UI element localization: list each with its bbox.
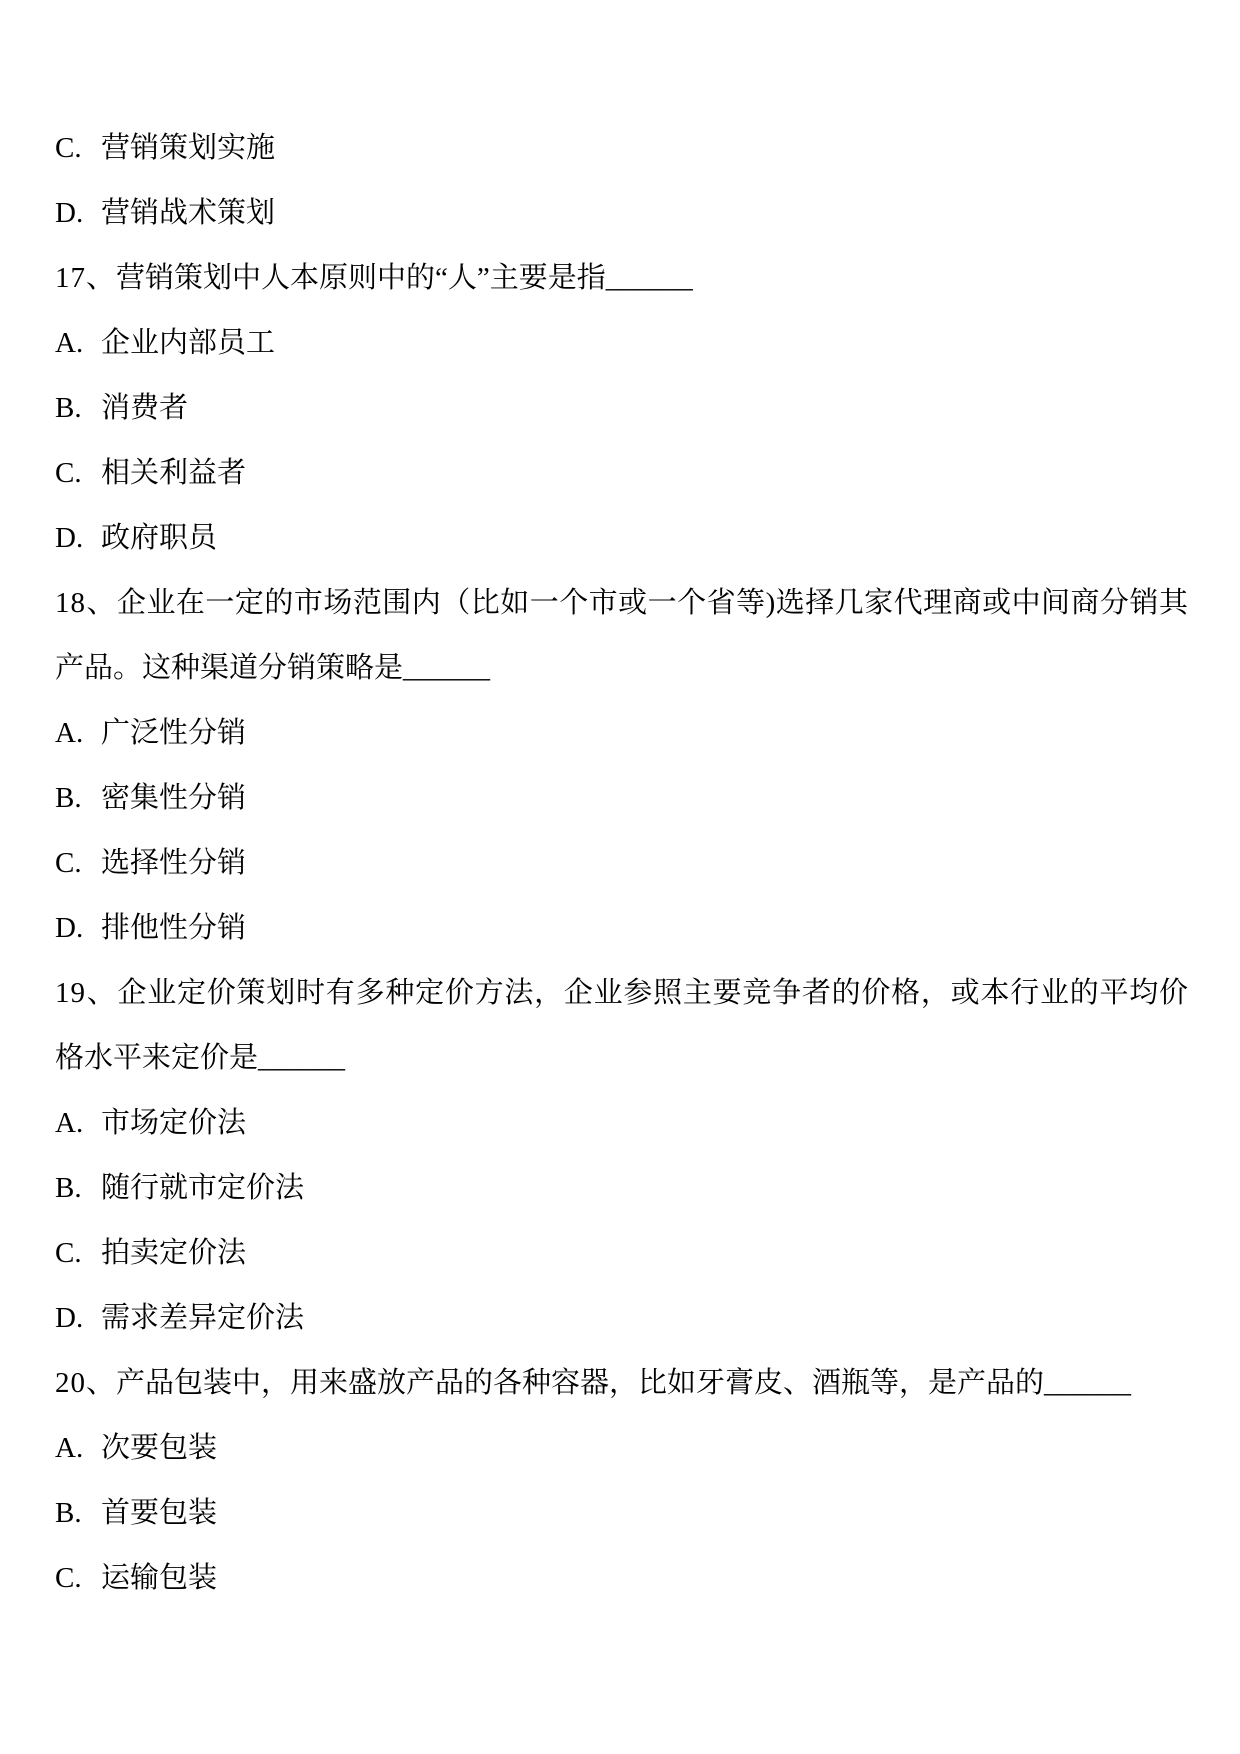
option-text: 企业内部员工: [101, 327, 275, 359]
option-text: 排他性分销: [101, 912, 246, 944]
question-18-option-d: D.排他性分销: [55, 896, 1188, 961]
option-label: D.: [55, 896, 101, 961]
option-text: 密集性分销: [101, 782, 246, 814]
question-stem-text: 营销策划中人本原则中的“人”主要是指______: [116, 262, 693, 294]
question-17-option-c: C.相关利益者: [55, 441, 1188, 506]
option-label: A.: [55, 1416, 101, 1481]
option-label: A.: [55, 311, 101, 376]
option-text: 市场定价法: [101, 1107, 246, 1139]
question-16-option-c: C.营销策划实施: [55, 116, 1188, 181]
option-text: 运输包装: [101, 1562, 217, 1594]
option-label: C.: [55, 1546, 101, 1611]
option-text: 随行就市定价法: [101, 1172, 304, 1204]
question-18-option-b: B.密集性分销: [55, 766, 1188, 831]
question-18-option-c: C.选择性分销: [55, 831, 1188, 896]
option-text: 次要包装: [101, 1432, 217, 1464]
document-page: C.营销策划实施 D.营销战术策划 17、营销策划中人本原则中的“人”主要是指_…: [0, 0, 1240, 1754]
option-label: C.: [55, 831, 101, 896]
question-19-option-d: D.需求差异定价法: [55, 1286, 1188, 1351]
question-20-option-c: C.运输包装: [55, 1546, 1188, 1611]
option-label: B.: [55, 766, 101, 831]
option-label: B.: [55, 1481, 101, 1546]
option-text: 营销战术策划: [101, 197, 275, 229]
question-19-stem: 19、企业定价策划时有多种定价方法，企业参照主要竞争者的价格，或本行业的平均价格…: [55, 961, 1188, 1091]
question-number: 17、: [55, 262, 116, 294]
option-label: D.: [55, 181, 101, 246]
option-label: B.: [55, 1156, 101, 1221]
option-text: 拍卖定价法: [101, 1237, 246, 1269]
question-18-option-a: A.广泛性分销: [55, 701, 1188, 766]
question-stem-text: 企业在一定的市场范围内（比如一个市或一个省等)选择几家代理商或中间商分销其产品。…: [55, 587, 1188, 684]
option-label: C.: [55, 1221, 101, 1286]
question-20-stem: 20、产品包装中，用来盛放产品的各种容器，比如牙膏皮、酒瓶等，是产品的_____…: [55, 1351, 1188, 1416]
option-label: C.: [55, 116, 101, 181]
question-20-option-b: B.首要包装: [55, 1481, 1188, 1546]
option-text: 消费者: [101, 392, 188, 424]
question-17-stem: 17、营销策划中人本原则中的“人”主要是指______: [55, 246, 1188, 311]
question-stem-text: 企业定价策划时有多种定价方法，企业参照主要竞争者的价格，或本行业的平均价格水平来…: [55, 977, 1188, 1074]
question-19-option-c: C.拍卖定价法: [55, 1221, 1188, 1286]
option-text: 营销策划实施: [101, 132, 275, 164]
question-17-option-b: B.消费者: [55, 376, 1188, 441]
question-number: 20、: [55, 1367, 116, 1399]
option-text: 政府职员: [101, 522, 217, 554]
option-label: A.: [55, 701, 101, 766]
question-19-option-b: B.随行就市定价法: [55, 1156, 1188, 1221]
option-text: 相关利益者: [101, 457, 246, 489]
question-stem-text: 产品包装中，用来盛放产品的各种容器，比如牙膏皮、酒瓶等，是产品的______: [116, 1367, 1131, 1399]
option-text: 广泛性分销: [101, 717, 246, 749]
question-18-stem: 18、企业在一定的市场范围内（比如一个市或一个省等)选择几家代理商或中间商分销其…: [55, 571, 1188, 701]
question-number: 18、: [55, 587, 117, 619]
option-label: C.: [55, 441, 101, 506]
question-20-option-a: A.次要包装: [55, 1416, 1188, 1481]
option-label: B.: [55, 376, 101, 441]
option-text: 首要包装: [101, 1497, 217, 1529]
question-16-option-d: D.营销战术策划: [55, 181, 1188, 246]
option-label: D.: [55, 506, 101, 571]
question-19-option-a: A.市场定价法: [55, 1091, 1188, 1156]
question-number: 19、: [55, 977, 118, 1009]
option-label: A.: [55, 1091, 101, 1156]
question-17-option-a: A.企业内部员工: [55, 311, 1188, 376]
question-17-option-d: D.政府职员: [55, 506, 1188, 571]
option-label: D.: [55, 1286, 101, 1351]
option-text: 选择性分销: [101, 847, 246, 879]
option-text: 需求差异定价法: [101, 1302, 304, 1334]
